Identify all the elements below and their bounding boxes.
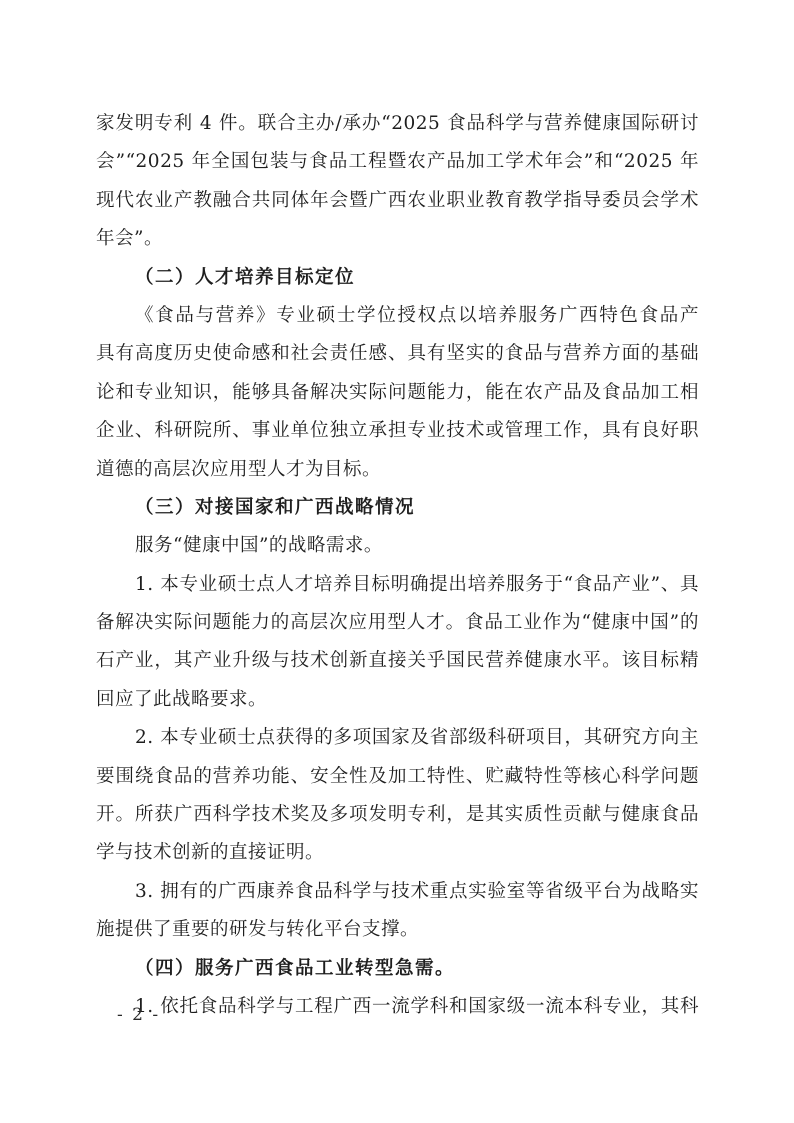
text-line: 具有高度历史使命感和社会责任感、具有坚实的食品与营养方面的基础理 <box>96 335 699 373</box>
text-line: 开。所获广西科学技术奖及多项发明专利，是其实质性贡献与健康食品科 <box>96 796 699 834</box>
text-line: 1. 依托食品科学与工程广西一流学科和国家级一流本科专业，其科 <box>96 988 699 1026</box>
text-line: 企业、科研院所、事业单位独立承担专业技术或管理工作，具有良好职业 <box>96 412 699 450</box>
document-page: 家发明专利 4 件。联合主办/承办“2025 食品科学与营养健康国际研讨会”“2… <box>0 0 794 1123</box>
text-line: 服务“健康中国”的战略需求。 <box>96 527 699 565</box>
text-line: 学与技术创新的直接证明。 <box>96 834 699 872</box>
text-line: 会”“2025 年全国包装与食品工程暨农产品加工学术年会”和“2025 年广西 <box>96 143 699 181</box>
text-line: 家发明专利 4 件。联合主办/承办“2025 食品科学与营养健康国际研讨 <box>96 105 699 143</box>
text-line: 现代农业产教融合共同体年会暨广西农业职业教育教学指导委员会学术 <box>96 182 699 220</box>
text-line: 2. 本专业硕士点获得的多项国家及省部级科研项目，其研究方向主 <box>96 719 699 757</box>
section-heading: （三）对接国家和广西战略情况 <box>96 489 699 527</box>
document-body: 家发明专利 4 件。联合主办/承办“2025 食品科学与营养健康国际研讨会”“2… <box>96 105 699 1026</box>
text-line: 备解决实际问题能力的高层次应用型人才。食品工业作为“健康中国”的基 <box>96 604 699 642</box>
text-line: 要围绕食品的营养功能、安全性及加工特性、贮藏特性等核心科学问题展 <box>96 758 699 796</box>
text-line: 施提供了重要的研发与转化平台支撑。 <box>96 911 699 949</box>
page-number: - 2 - <box>117 1005 160 1025</box>
text-line: 论和专业知识，能够具备解决实际问题能力，能在农产品及食品加工相关 <box>96 374 699 412</box>
text-line: 1. 本专业硕士点人才培养目标明确提出培养服务于“食品产业”、具 <box>96 566 699 604</box>
text-line: 石产业，其产业升级与技术创新直接关乎国民营养健康水平。该目标精准 <box>96 642 699 680</box>
text-line: 3. 拥有的广西康养食品科学与技术重点实验室等省级平台为战略实 <box>96 873 699 911</box>
section-heading: （四）服务广西食品工业转型急需。 <box>96 950 699 988</box>
text-line: 《食品与营养》专业硕士学位授权点以培养服务广西特色食品产业、 <box>96 297 699 335</box>
text-line: 年会”。 <box>96 220 699 258</box>
text-line: 回应了此战略要求。 <box>96 681 699 719</box>
text-line: 道德的高层次应用型人才为目标。 <box>96 451 699 489</box>
section-heading: （二）人才培养目标定位 <box>96 259 699 297</box>
